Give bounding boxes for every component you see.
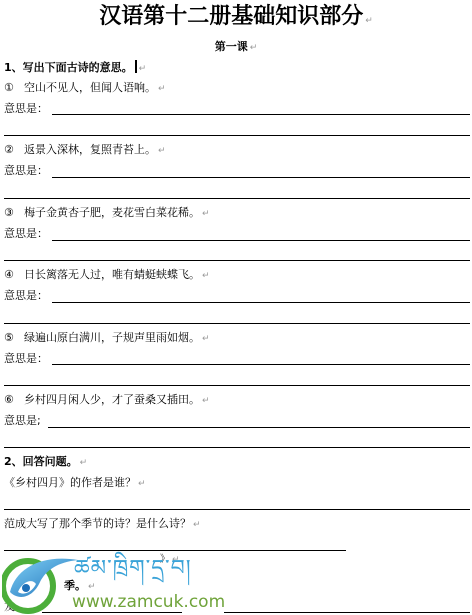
section1-heading-text: 1、写出下面古诗的意思。: [4, 61, 133, 74]
section2-heading-text: 2、回答问题。: [4, 455, 78, 468]
item-number: ④: [4, 268, 24, 282]
answer-label-5: 意思是：: [4, 352, 48, 366]
answer-line-5a[interactable]: [52, 364, 470, 365]
document-title: 汉语第十二册基础知识部分↵: [0, 3, 472, 35]
question-2-text: 范成大写了那个季节的诗？是什么诗？: [4, 517, 191, 530]
paragraph-mark: ↵: [158, 84, 166, 94]
lesson-heading: 第一课↵: [0, 40, 472, 55]
answer-line-q3b[interactable]: [224, 612, 470, 613]
question-1-text: 《乡村四月》的作者是谁？: [4, 476, 136, 489]
item-number: ⑥: [4, 393, 24, 407]
answer-line-2a[interactable]: [52, 177, 470, 178]
item-number: ③: [4, 206, 24, 220]
section2-heading: 2、回答问题。↵: [4, 455, 87, 470]
paragraph-mark: ↵: [193, 520, 201, 530]
paragraph-mark: ↵: [202, 271, 210, 281]
poem-line: 乡村四月闲人少，才了蚕桑又插田。: [24, 393, 200, 406]
answer-line-1a[interactable]: [52, 114, 470, 115]
question-1: 《乡村四月》的作者是谁？↵: [4, 476, 146, 491]
watermark-url: www.zamcuk.com: [72, 591, 225, 613]
answer-line-4b[interactable]: [4, 323, 470, 324]
answer-label-3: 意思是：: [4, 227, 48, 241]
poem-line: 绿遍山原白满川，子规声里雨如烟。: [24, 331, 200, 344]
poem-line: 返景入深林，复照青苔上。: [24, 143, 156, 156]
answer-line-4a[interactable]: [52, 302, 470, 303]
poem-line: 梅子金黄杏子肥，麦花雪白菜花稀。: [24, 206, 200, 219]
answer-line-3b[interactable]: [4, 260, 470, 261]
poem-item-6: ⑥乡村四月闲人少，才了蚕桑又插田。↵: [4, 393, 210, 408]
section1-heading: 1、写出下面古诗的意思。↵: [4, 60, 146, 76]
answer-line-3a[interactable]: [52, 240, 470, 241]
answer-label-6: 意思是;: [4, 414, 41, 428]
answer-label-4: 意思是：: [4, 289, 48, 303]
answer-line-1b[interactable]: [4, 135, 470, 136]
answer-line-6a[interactable]: [48, 427, 470, 428]
paragraph-mark: ↵: [80, 458, 88, 468]
watermark-logo-icon: [2, 548, 80, 614]
paragraph-mark: ↵: [202, 334, 210, 344]
paragraph-mark: ↵: [158, 146, 166, 156]
paragraph-mark: ↵: [250, 43, 258, 53]
answer-label-1: 意思是：: [4, 102, 48, 116]
answer-line-5b[interactable]: [4, 385, 470, 386]
paragraph-mark: ↵: [138, 479, 146, 489]
document-title-text: 汉语第十二册基础知识部分: [99, 4, 363, 29]
poem-item-3: ③梅子金黄杏子肥，麦花雪白菜花稀。↵: [4, 206, 210, 221]
item-number: ②: [4, 143, 24, 157]
item-number: ①: [4, 81, 24, 95]
answer-label-2: 意思是：: [4, 164, 48, 178]
poem-item-5: ⑤绿遍山原白满川，子规声里雨如烟。↵: [4, 331, 210, 346]
answer-line-6b[interactable]: [4, 447, 470, 448]
question-2: 范成大写了那个季节的诗？是什么诗？↵: [4, 517, 201, 532]
paragraph-mark: ↵: [202, 209, 210, 219]
item-number: ⑤: [4, 331, 24, 345]
paragraph-mark: ↵: [202, 396, 210, 406]
poem-item-2: ②返景入深林，复照青苔上。↵: [4, 143, 166, 158]
watermark-tibetan-text: ཚམ་ཁྲིག་དྲ་བ།: [74, 556, 192, 582]
poem-item-1: ①空山不见人，但闻人语响。↵: [4, 81, 166, 96]
paragraph-mark: ↵: [365, 16, 373, 26]
lesson-heading-text: 第一课: [215, 40, 248, 53]
answer-line-q1[interactable]: [4, 509, 470, 510]
text-cursor: [135, 60, 137, 73]
paragraph-mark: ↵: [139, 64, 147, 74]
answer-line-2b[interactable]: [4, 198, 470, 199]
poem-line: 空山不见人，但闻人语响。: [24, 81, 156, 94]
poem-item-4: ④日长篱落无人过，唯有蜻蜓蛱蝶飞。↵: [4, 268, 210, 283]
poem-line: 日长篱落无人过，唯有蜻蜓蛱蝶飞。: [24, 268, 200, 281]
